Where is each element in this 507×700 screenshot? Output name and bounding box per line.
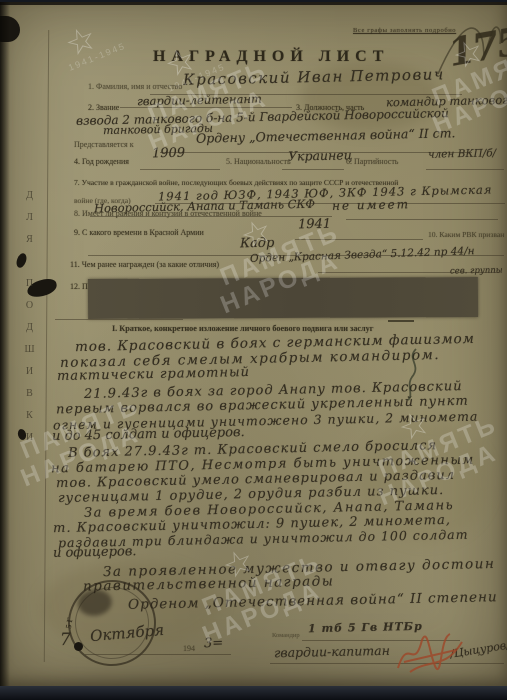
watermark-star-icon: ☆ — [61, 13, 123, 61]
memory-watermark: ☆ 1941-1945 — [30, 13, 128, 83]
rule — [346, 219, 498, 220]
citation-line: и до 45 солдат и офицеров. — [52, 425, 245, 444]
field9-label: 9. С какого времени в Красной Армии — [74, 228, 204, 237]
field4-value: 1909 — [152, 146, 185, 162]
field8-value: не имеет — [332, 197, 410, 213]
field2-value: гвардии-лейтенант — [137, 92, 262, 109]
rule — [388, 320, 414, 322]
date-day: 7 — [60, 630, 71, 650]
redaction-box — [88, 277, 478, 319]
rule — [55, 319, 183, 320]
margin-rule — [44, 30, 49, 662]
field1-value: Красовский Иван Петрович — [183, 65, 445, 88]
rule — [295, 239, 423, 240]
rule — [85, 654, 231, 655]
scanned-award-document: Все графы заполнять подробно НАГРАДНОЙ Л… — [0, 0, 507, 700]
citation-line: тактически грамотный — [57, 365, 250, 384]
scan-left-edge — [0, 2, 10, 687]
commander-rank: гвардии-капитан — [274, 643, 390, 660]
field11-value-line1: Орден „Красная Звезда“ 5.12.42 пр 44/н — [250, 245, 475, 265]
field10-label: 10. Каким РВК призван — [428, 230, 504, 239]
ink-blot — [74, 642, 83, 651]
filing-margin-text: ДЛЯ ПОДШИВКИ — [24, 190, 35, 454]
presented-for-label: Представляется к — [74, 140, 134, 149]
rule — [140, 169, 220, 170]
field8-label: 8. Имеет ли ранения и контузии в отечест… — [74, 209, 262, 218]
field5-value: Украинец — [288, 147, 353, 163]
presented-for-value: Ордену „Отечественная война“ II ст. — [196, 125, 456, 145]
field10-value: Кадр — [240, 236, 275, 252]
field4-label: 4. Год рождения — [74, 157, 129, 166]
field6-label: 6. Партийность — [346, 157, 398, 166]
date-year-handwritten: 3= — [204, 636, 223, 651]
rule — [282, 169, 344, 170]
field9-value: 1941 — [298, 217, 331, 233]
watermark-years: 1941-1945 — [67, 41, 127, 73]
ink-flourish — [398, 347, 428, 402]
rule — [318, 272, 500, 273]
commander-label: Командир — [272, 632, 300, 639]
scan-bottom-edge — [0, 686, 507, 700]
citation-line: и офицеров. — [53, 544, 137, 561]
citation-line: Орденом „Отечественная война“ II степени — [128, 589, 498, 613]
paper-sheet: Все графы заполнять подробно НАГРАДНОЙ Л… — [0, 2, 507, 687]
rule — [426, 169, 504, 170]
field11-label: 11. Чем ранее награжден (за какие отличи… — [70, 260, 219, 269]
citation-heading: I. Краткое, конкретное изложение личного… — [112, 324, 373, 333]
signature-scrawl — [390, 628, 470, 678]
scan-top-edge — [0, 2, 507, 5]
rule — [120, 107, 292, 108]
document-title: НАГРАДНОЙ ЛИСТ — [153, 48, 389, 66]
stamp-text: 5 Г — [64, 617, 75, 629]
date-year-typed: 194 — [183, 644, 195, 653]
field6-value: член ВКП/б/ — [428, 147, 496, 160]
field1-label: 1. Фамилия, имя и отчество — [88, 82, 182, 91]
field5-label: 5. Национальность — [226, 157, 291, 166]
field2-label: 2. Звание — [88, 103, 119, 112]
field11-value-line2: сев. группы — [450, 265, 503, 276]
